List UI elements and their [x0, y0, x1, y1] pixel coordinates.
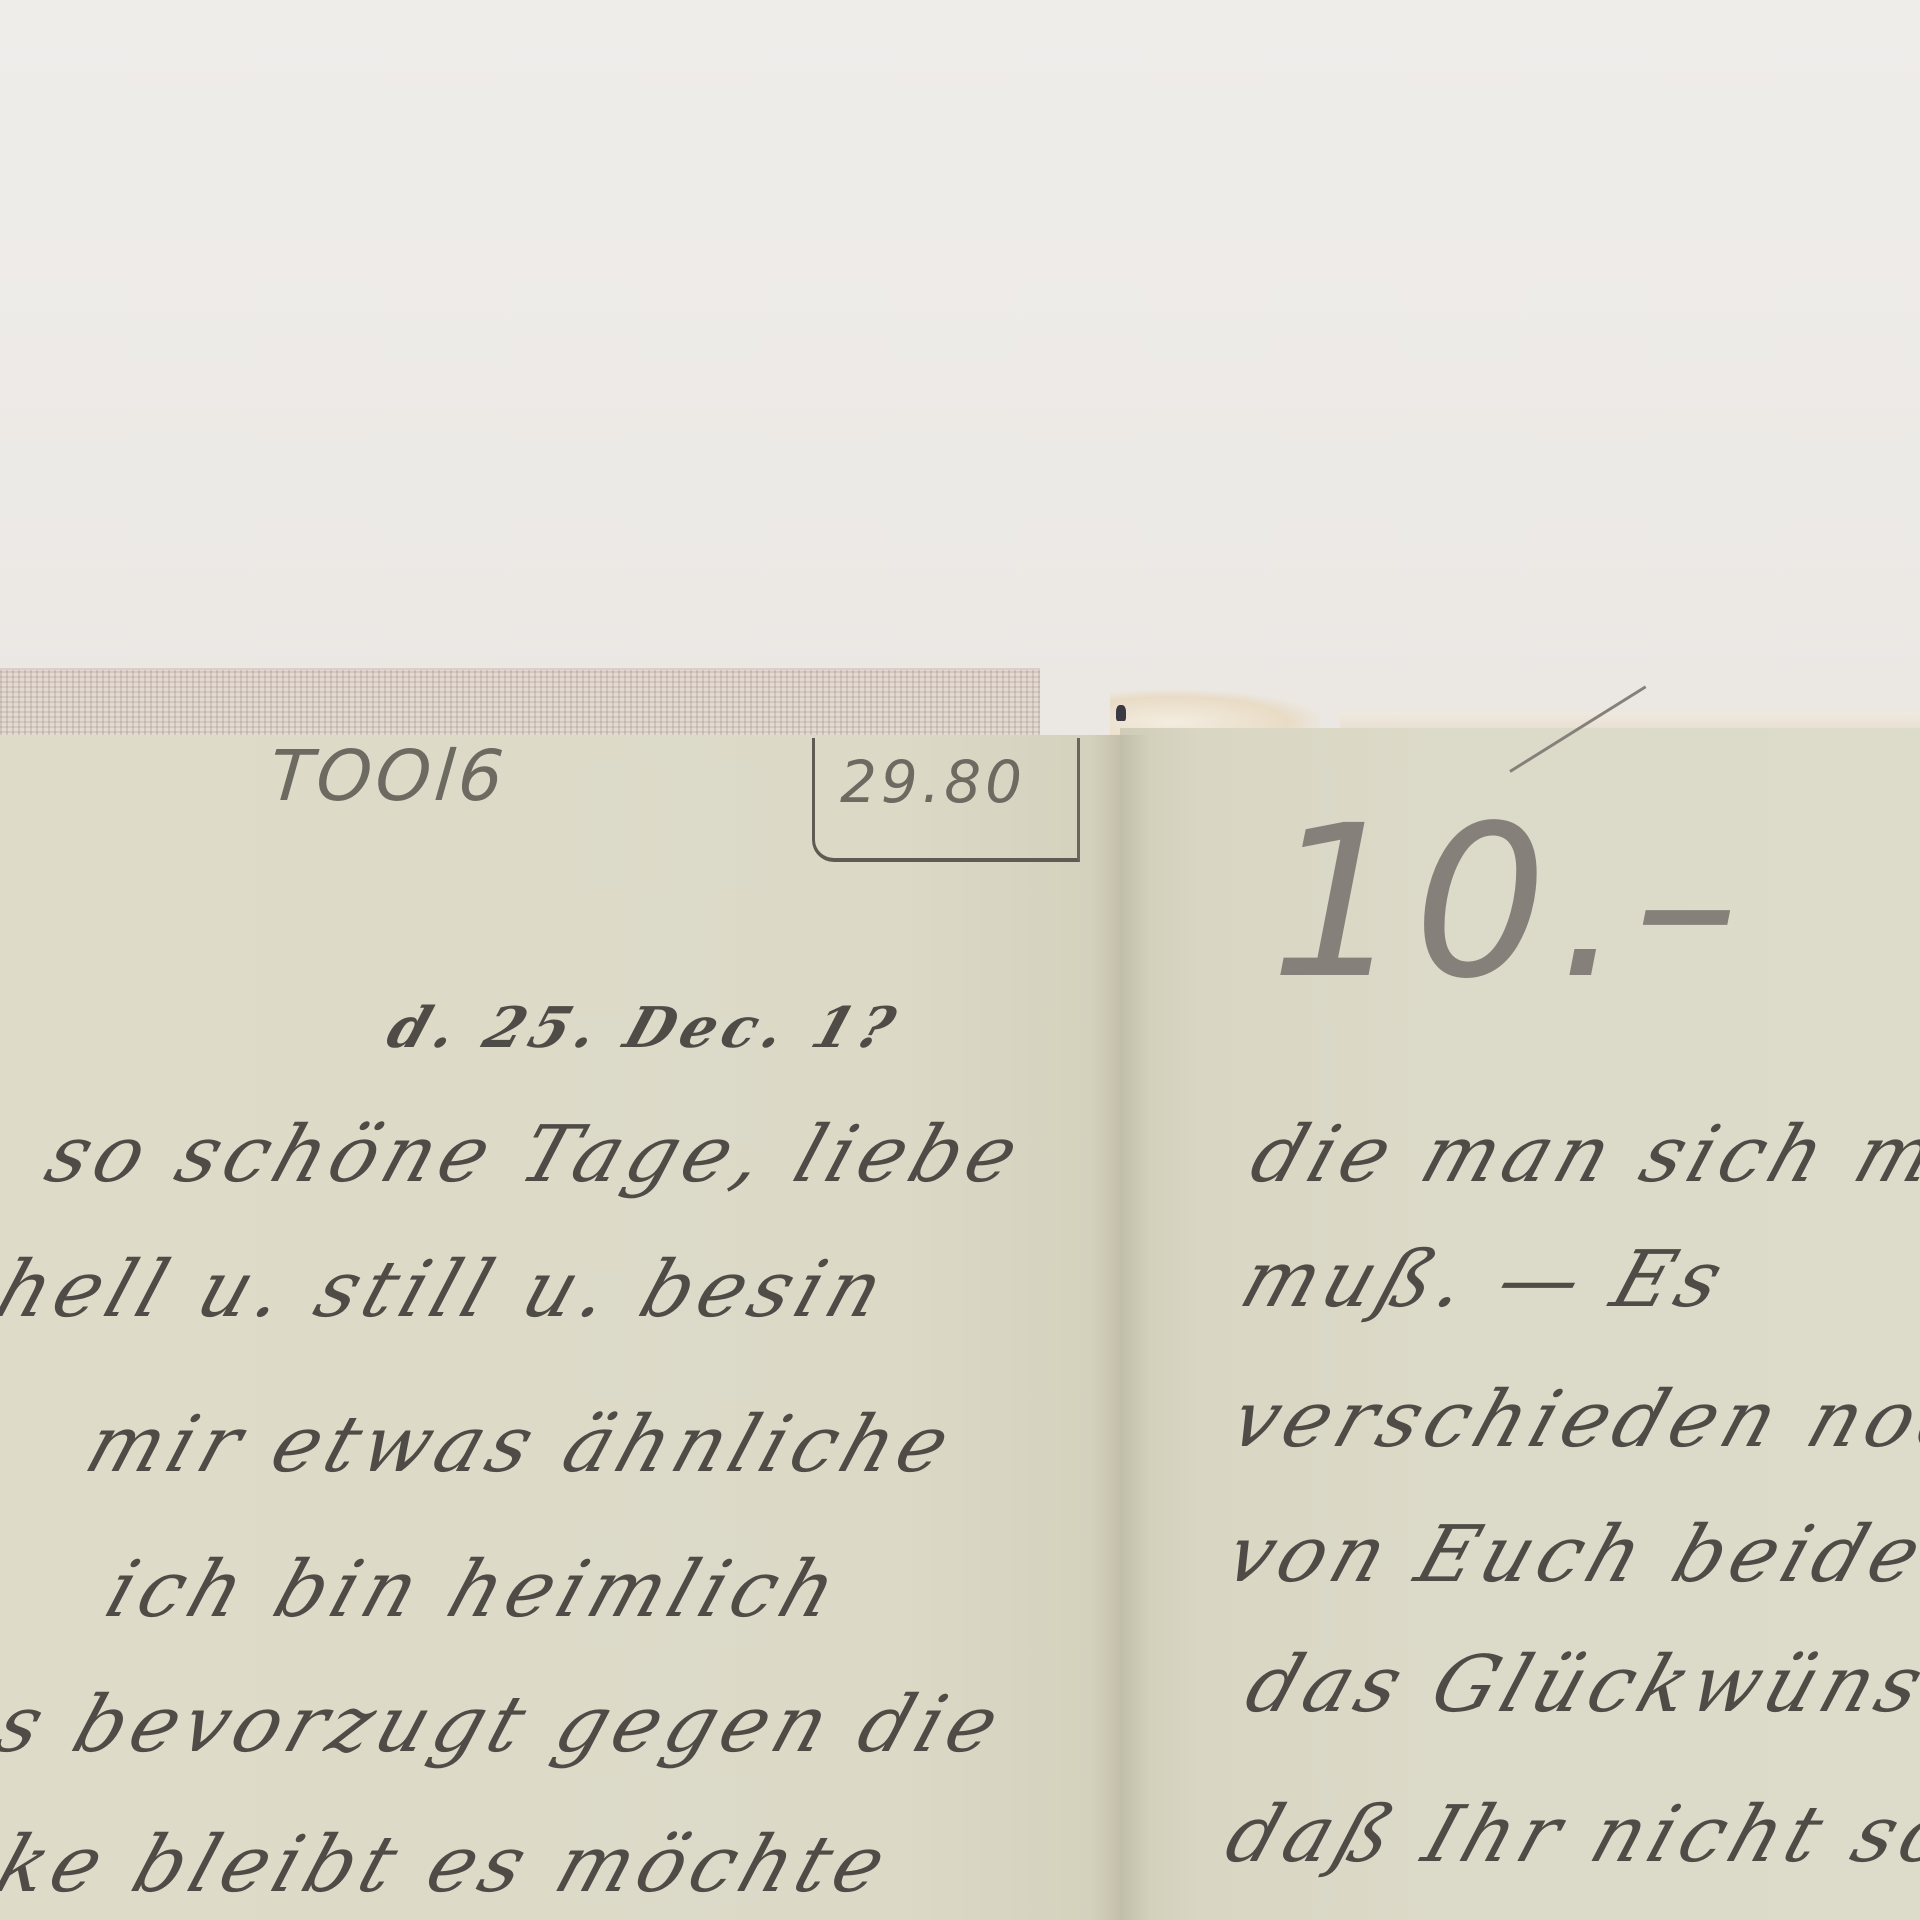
handwriting-line: so schöne Tage, liebe — [35, 1110, 1034, 1200]
handwriting-line: ke bleibt es möchte — [0, 1820, 902, 1910]
handwriting-line: mir etwas ähnliche — [75, 1400, 966, 1490]
book-spine-cloth — [0, 668, 1040, 738]
handwriting-line: die man sich m — [1240, 1110, 1920, 1200]
letter-date: d. 25. Dec. 1? — [379, 995, 909, 1061]
handwriting-line: das Glückwünsch — [1235, 1640, 1920, 1730]
page-number-annotation: 10.– — [1270, 780, 1749, 1025]
handwriting-line: hell u. still u. besin — [0, 1245, 900, 1335]
handwriting-line: s bevorzugt gegen die — [0, 1680, 1015, 1770]
handwriting-line: daß Ihr nicht so — [1215, 1790, 1920, 1880]
price-annotation: 29.80 — [840, 748, 1026, 816]
handwriting-line: muß. — Es — [1230, 1235, 1739, 1325]
book-gutter — [1090, 735, 1150, 1920]
binding-mark — [1116, 705, 1126, 721]
handwriting-line: von Euch beiden — [1215, 1510, 1920, 1600]
catalog-code-annotation: TOOl6 — [266, 735, 510, 817]
background-wall — [0, 0, 1920, 735]
handwriting-line: ich bin heimlich — [95, 1545, 853, 1635]
handwriting-line: verschieden noch wie — [1220, 1375, 1920, 1465]
